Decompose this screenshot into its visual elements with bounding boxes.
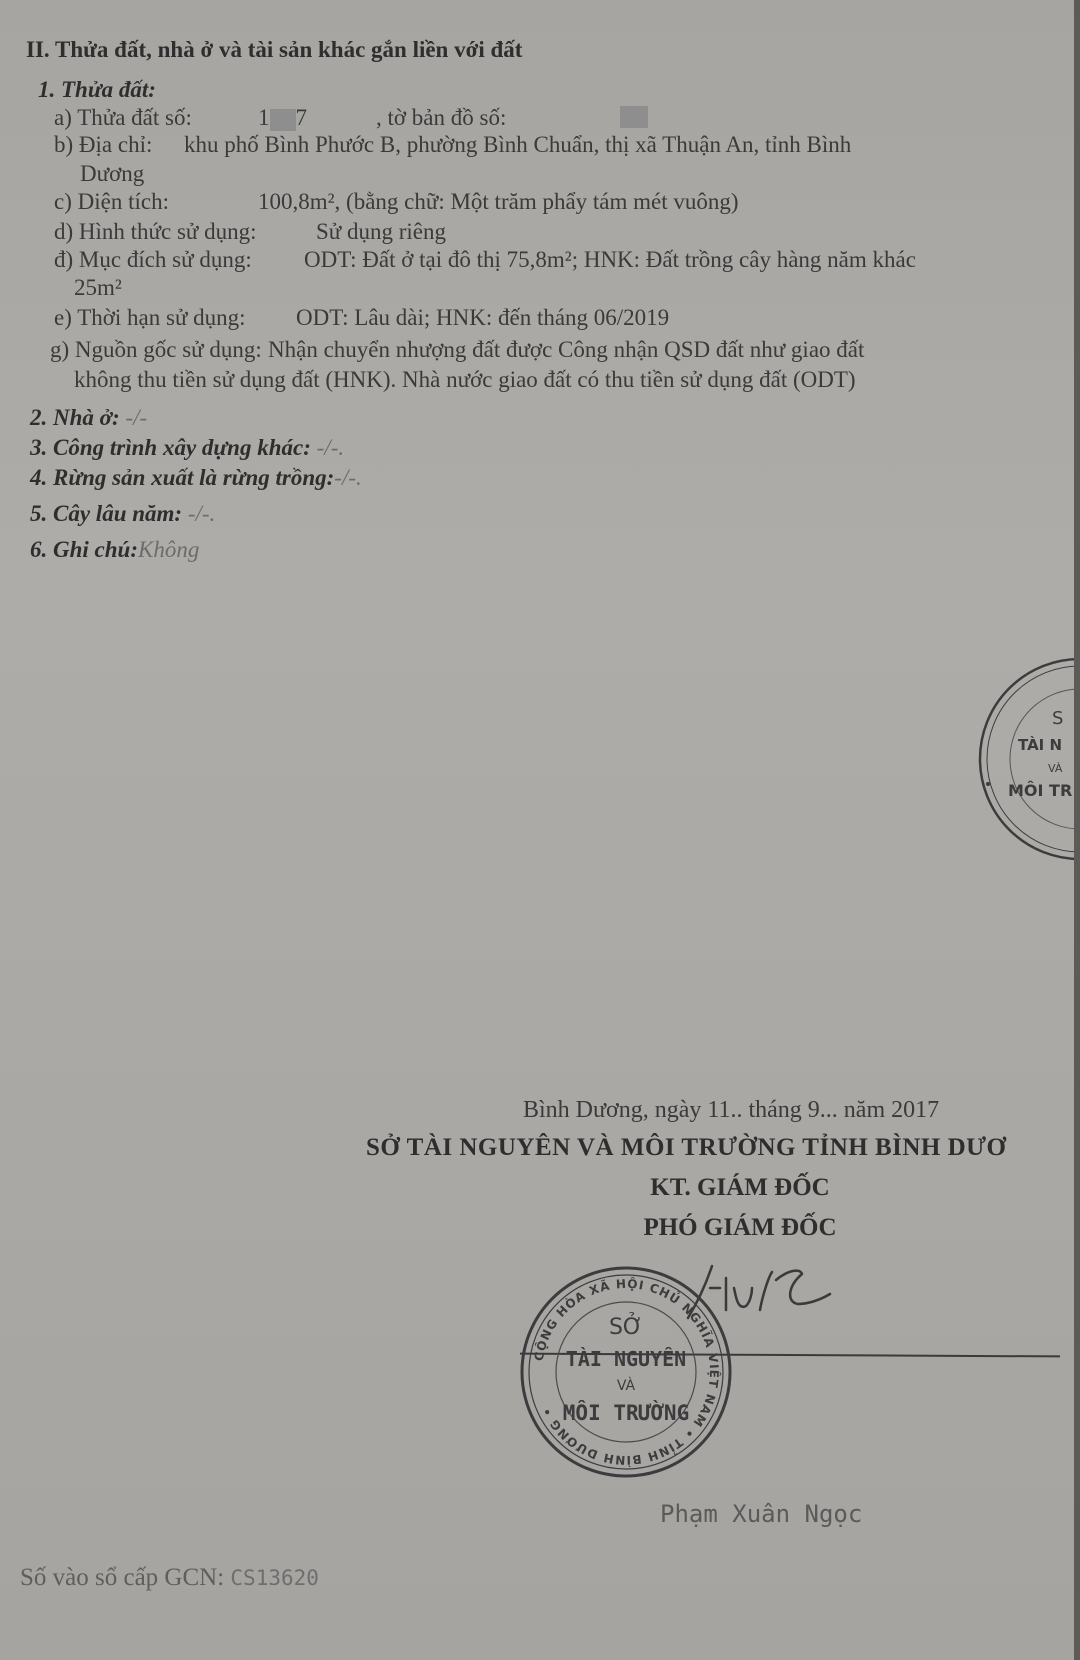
other-construction-label: 3. Công trình xây dựng khác: [30,435,311,460]
certificate-page: II. Thửa đất, nhà ở và tài sản khác gắn … [0,0,1080,1660]
usage-form-label: d) Hình thức sử dụng: [54,218,257,246]
date-line: Bình Dương, ngày 11.. tháng 9... năm 201… [523,1096,939,1124]
svg-text:S: S [1052,708,1063,729]
forest-label: 4. Rừng sản xuất là rừng trồng: [30,465,334,490]
land-heading: 1. Thửa đất: [38,76,156,104]
house-item: 2. Nhà ở: -/- [30,404,147,432]
agency-name: SỞ TÀI NGUYÊN VÀ MÔI TRƯỜNG TỈNH BÌNH DƯ… [366,1134,1007,1162]
redacted-map-sheet [620,106,648,128]
svg-text:MÔI TR: MÔI TR [1008,781,1072,800]
parcel-number-label: a) Thửa đất số: [54,104,192,132]
signer-name: Phạm Xuân Ngọc [660,1500,862,1528]
area-value: 100,8m², (bằng chữ: Một trăm phẩy tám mé… [258,188,739,216]
partial-stamp-icon: S TÀI N VÀ MÔI TR [968,654,1080,864]
deputy-director-title: PHÓ GIÁM ĐỐC [600,1214,880,1242]
svg-text:CỘNG HÒA XÃ HỘI CHỦ NGHĨA VIỆT: CỘNG HÒA XÃ HỘI CHỦ NGHĨA VIỆT NAM • TỈN… [532,1276,722,1468]
svg-text:SỞ: SỞ [609,1312,643,1340]
section-title: II. Thửa đất, nhà ở và tài sản khác gắn … [26,36,522,64]
page-edge-shadow [1074,0,1080,1660]
official-stamp-icon: CỘNG HÒA XÃ HỘI CHỦ NGHĨA VIỆT NAM • TỈN… [516,1262,736,1482]
house-label: 2. Nhà ở: [30,405,120,430]
area-label: c) Diện tích: [54,188,169,216]
svg-text:MÔI TRƯỜNG: MÔI TRƯỜNG [563,1400,689,1425]
parcel-number-end: 7 [296,105,308,130]
address-value-line1: khu phố Bình Phước B, phường Bình Chuẩn,… [184,131,851,159]
note-label: 6. Ghi chú: [30,537,138,562]
parcel-number-start: 1 [258,105,270,130]
address-value-line2: Dương [80,160,144,188]
perennial-item: 5. Cây lâu năm: -/-. [30,500,215,528]
forest-item: 4. Rừng sản xuất là rừng trồng:-/-. [30,464,362,492]
usage-term-label: e) Thời hạn sử dụng: [54,304,246,332]
note-value: Không [138,537,199,562]
redacted-block [270,109,296,131]
usage-term-value: ODT: Lâu dài; HNK: đến tháng 06/2019 [296,304,669,332]
svg-text:TÀI NGUYÊN: TÀI NGUYÊN [566,1347,686,1371]
origin-label: g) Nguồn gốc sử dụng: [50,336,262,364]
svg-text:VÀ: VÀ [617,1377,636,1394]
perennial-value: -/-. [188,501,215,526]
map-sheet-label: , tờ bản đồ số: [376,104,506,132]
note-item: 6. Ghi chú:Không [30,536,199,564]
perennial-label: 5. Cây lâu năm: [30,501,182,526]
house-value: -/- [125,405,147,430]
origin-value-line1: Nhận chuyển nhượng đất được Công nhận QS… [268,336,864,364]
other-construction-item: 3. Công trình xây dựng khác: -/-. [30,434,344,462]
registry-number-label: Số vào sổ cấp GCN: [20,1564,224,1591]
forest-value: -/-. [334,465,361,490]
registry-number-value: CS13620 [230,1566,319,1590]
origin-value-line2: không thu tiền sử dụng đất (HNK). Nhà nư… [74,366,856,394]
usage-purpose-value-line2: 25m² [74,274,122,302]
registry-number: Số vào sổ cấp GCN: CS13620 [20,1564,319,1592]
other-construction-value: -/-. [317,435,344,460]
address-label: b) Địa chỉ: [54,131,152,159]
parcel-number-value: 17 [258,104,307,132]
usage-purpose-label: đ) Mục đích sử dụng: [54,246,252,274]
svg-text:TÀI N: TÀI N [1018,735,1062,754]
svg-text:VÀ: VÀ [1048,762,1063,775]
usage-purpose-value-line1: ODT: Đất ở tại đô thị 75,8m²; HNK: Đất t… [304,246,916,274]
on-behalf-title: KT. GIÁM ĐỐC [600,1174,880,1202]
usage-form-value: Sử dụng riêng [316,218,446,246]
